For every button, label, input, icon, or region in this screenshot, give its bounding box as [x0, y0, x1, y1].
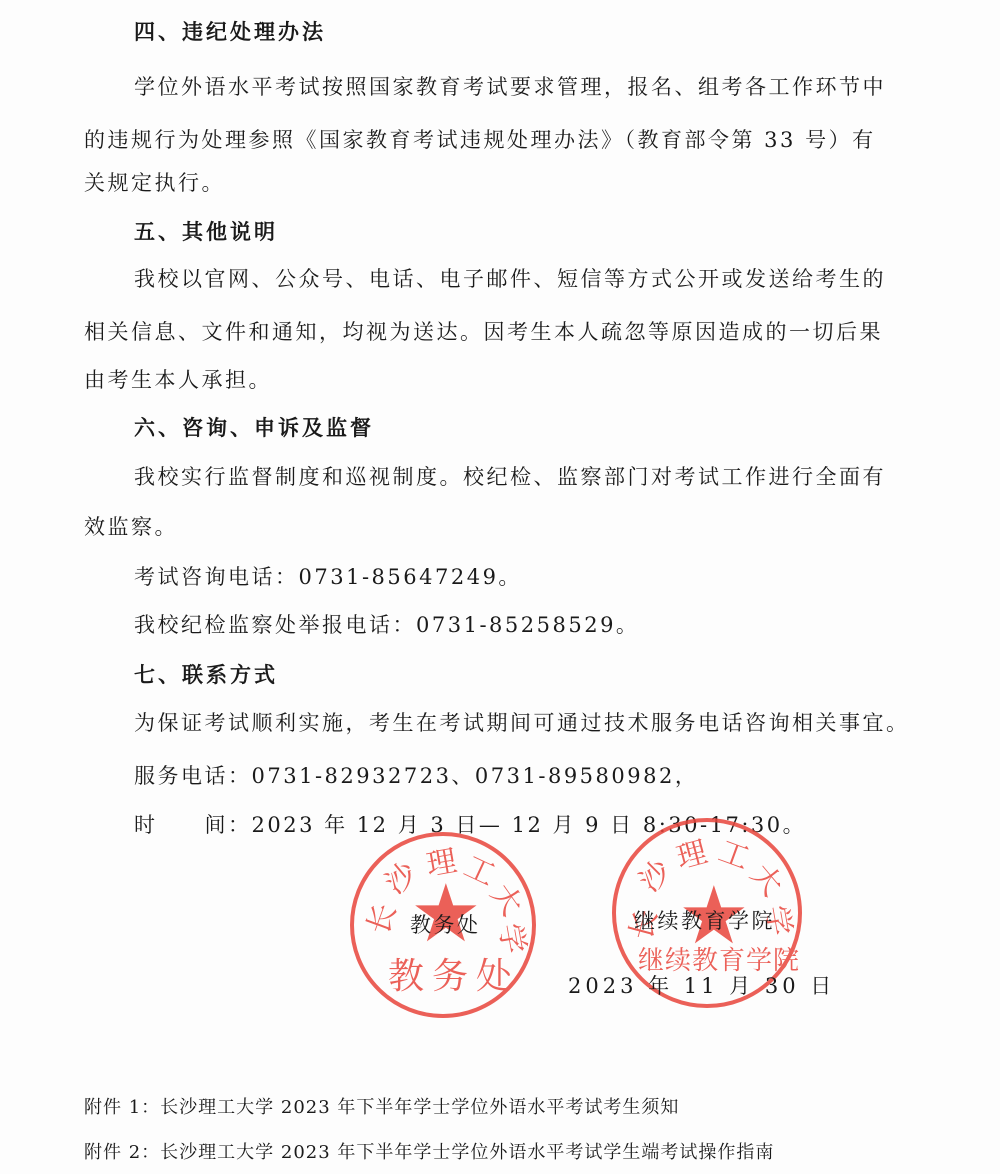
paragraph-line: 我校实行监督制度和巡视制度。校纪检、监察部门对考试工作进行全面有 — [134, 461, 886, 491]
signature-dept-academic-affairs: 教务处 — [410, 909, 481, 939]
report-phone: 我校纪检监察处举报电话：0731-85258529。 — [134, 609, 639, 639]
attachment-1: 附件 1：长沙理工大学 2023 年下半年学士学位外语水平考试考生须知 — [84, 1093, 679, 1119]
section-heading-4: 四、违纪处理办法 — [134, 16, 326, 46]
paragraph-line: 效监察。 — [84, 511, 178, 541]
paragraph-line: 为保证考试顺利实施，考生在考试期间可通过技术服务电话咨询相关事宜。 — [134, 707, 910, 737]
consult-phone: 考试咨询电话：0731-85647249。 — [134, 561, 522, 591]
paragraph-line: 学位外语水平考试按照国家教育考试要求管理，报名、组考各工作环节中 — [134, 71, 886, 101]
attachment-2: 附件 2：长沙理工大学 2023 年下半年学士学位外语水平考试学生端考试操作指南 — [84, 1138, 774, 1164]
signature-dept-continuing-education: 继续教育学院 — [634, 905, 775, 935]
paragraph-line: 的违规行为处理参照《国家教育考试违规处理办法》（教育部令第 33 号）有 — [84, 124, 876, 154]
paragraph-line: 由考生本人承担。 — [84, 364, 272, 394]
seal-text: 大 — [743, 852, 796, 903]
service-phone: 服务电话：0731-82932723、0731-89580982， — [134, 760, 698, 790]
signature-date: 2023 年 11 月 30 日 — [568, 970, 835, 1000]
seal-text: 沙 — [627, 848, 679, 900]
paragraph-line: 相关信息、文件和通知，均视为送达。因考生本人疏忽等原因造成的一切后果 — [84, 316, 883, 346]
section-heading-6: 六、咨询、申诉及监督 — [134, 412, 374, 442]
paragraph-line: 我校以官网、公众号、电话、电子邮件、短信等方式公开或发送给考生的 — [134, 263, 886, 293]
seal-text: 长 — [353, 896, 405, 939]
section-heading-5: 五、其他说明 — [134, 216, 278, 246]
seal-bottom-text: 教务处 — [388, 948, 520, 999]
section-heading-7: 七、联系方式 — [134, 659, 278, 689]
paragraph-line: 关规定执行。 — [84, 167, 225, 197]
